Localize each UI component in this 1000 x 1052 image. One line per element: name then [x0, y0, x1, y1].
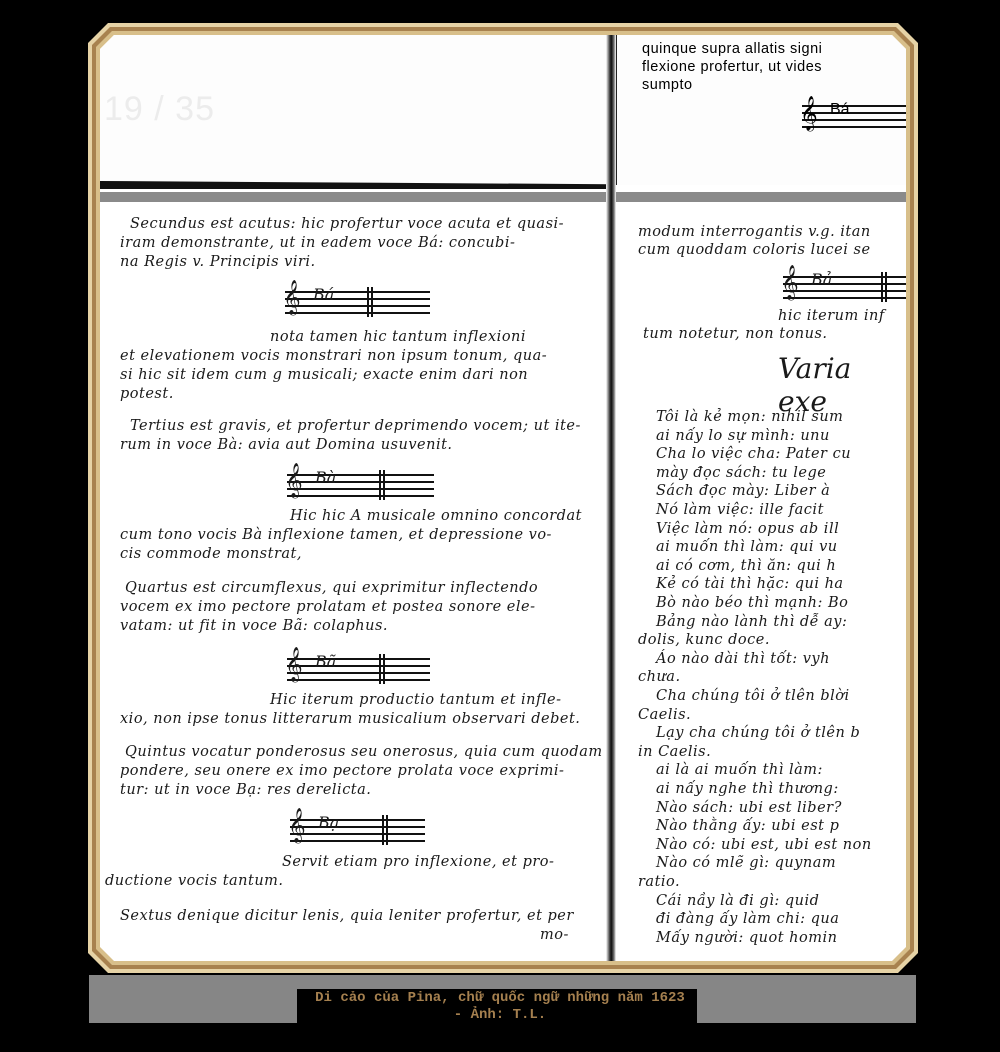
- manuscript-line: vatam: ut fit in voce Bã: colaphus.: [120, 618, 388, 634]
- manuscript-line: tur: ut in voce Bạ: res derelicta.: [120, 782, 371, 798]
- music-staff: 𝄞 Bá: [802, 103, 906, 133]
- phrase-line: Nào có mlẽ gì: quynam: [656, 855, 836, 871]
- previous-page-strip: quinque supra allatis signi flexione pro…: [100, 35, 906, 185]
- treble-clef-icon: 𝄞: [288, 811, 306, 841]
- manuscript-line: Hic iterum productio tantum et infle-: [270, 692, 562, 708]
- phrase-line: đi đàng ấy làm chi: qua: [656, 911, 839, 927]
- manuscript-line: rum in voce Bà: avia aut Domina usuvenit…: [120, 437, 453, 453]
- phrase-line: Lạy cha chúng tôi ở tlên b: [656, 725, 860, 741]
- manuscript-line: Secundus est acutus: hic profertur voce …: [130, 216, 564, 232]
- caption-line-2: - Ảnh: T.L.: [200, 1007, 800, 1024]
- manuscript-line: flexione profertur, ut vides: [642, 59, 822, 75]
- book-gutter: [606, 35, 616, 961]
- phrase-line: chưa.: [638, 669, 681, 685]
- phrase-line: Cha chúng tôi ở tlên blời: [656, 688, 850, 704]
- phrase-line: Tôi là kẻ mọn: nihil sum: [656, 409, 843, 425]
- manuscript-line: cis commode monstrat,: [120, 546, 302, 562]
- phrase-line: Mấy người: quot homin: [656, 930, 837, 946]
- manuscript-line: hic iterum inf: [778, 308, 885, 324]
- phrase-line: Bò nào béo thì mạnh: Bo: [656, 595, 848, 611]
- phrase-line: ratio.: [638, 874, 680, 890]
- manuscript-line: Tertius est gravis, et profertur deprime…: [130, 418, 581, 434]
- manuscript-line: sumpto: [642, 77, 693, 93]
- phrase-line: Sách đọc mày: Liber à: [656, 483, 830, 499]
- manuscript-line: xio, non ipse tonus litterarum musicaliu…: [120, 711, 580, 727]
- manuscript-line: mo-: [540, 927, 569, 943]
- manuscript-line: pondere, seu onere ex imo pectore prolat…: [120, 763, 564, 779]
- music-staff: 𝄞 Bạ: [290, 815, 425, 845]
- phrase-line: ai có cơm, thì ăn: qui h: [656, 558, 836, 574]
- photo-frame: quinque supra allatis signi flexione pro…: [88, 23, 918, 973]
- manuscript-line: et elevationem vocis monstrari non ipsum…: [120, 348, 547, 364]
- manuscript-line: iram demonstrante, ut in eadem voce Bá: …: [120, 235, 515, 251]
- phrase-line: Bảng nào lành thì dễ ay:: [656, 614, 847, 630]
- phrase-line: Caelis.: [638, 707, 691, 723]
- caption-line-1: Di cảo của Pina, chữ quốc ngữ những năm …: [200, 990, 800, 1007]
- treble-clef-icon: 𝄞: [285, 650, 303, 680]
- phrase-line: in Caelis.: [638, 744, 711, 760]
- treble-clef-icon: 𝄞: [781, 268, 799, 298]
- phrase-line: Cái nầy là đi gì: quid: [656, 893, 819, 909]
- phrase-line: Nó làm việc: ille facit: [656, 502, 824, 518]
- treble-clef-icon: 𝄞: [800, 99, 818, 129]
- slide-counter: 19 / 35: [104, 90, 215, 129]
- manuscript-line: tum notetur, non tonus.: [643, 326, 828, 342]
- manuscript-line: si hic sit idem cum g musicali; exacte e…: [120, 367, 528, 383]
- manuscript-line: nota tamen hic tantum inflexioni: [270, 329, 526, 345]
- phrase-line: ai nấy lo sự mình: unu: [656, 428, 830, 444]
- page-separator: [100, 192, 906, 202]
- phrase-line: Áo nào dài thì tốt: vyh: [656, 651, 830, 667]
- treble-clef-icon: 𝄞: [285, 466, 303, 496]
- phrase-line: ai muốn thì làm: qui vu: [656, 539, 838, 555]
- manuscript-line: cum quoddam coloris lucei se: [638, 242, 871, 258]
- manuscript-line: potest.: [120, 386, 174, 402]
- manuscript-line: cum tono vocis Bà inflexione tamen, et d…: [120, 527, 552, 543]
- manuscript-line: vocem ex imo pectore prolatam et postea …: [120, 599, 536, 615]
- manuscript-line: Sextus denique dicitur lenis, quia lenit…: [120, 908, 574, 924]
- phrase-line: Cha lo việc cha: Pater cu: [656, 446, 851, 462]
- phrase-line: Nào sách: ubi est liber?: [656, 800, 842, 816]
- photo-caption: Di cảo của Pina, chữ quốc ngữ những năm …: [200, 990, 800, 1024]
- manuscript-photo[interactable]: quinque supra allatis signi flexione pro…: [100, 35, 906, 961]
- phrase-line: Nào có: ubi est, ubi est non: [656, 837, 872, 853]
- manuscript-line: quinque supra allatis signi: [642, 41, 822, 57]
- manuscript-line: na Regis v. Principis viri.: [120, 254, 316, 270]
- music-staff: 𝄞 Bà: [287, 470, 434, 500]
- phrase-line: ai nấy nghe thì thương:: [656, 781, 839, 797]
- phrase-line: Kẻ có tài thì hặc: qui ha: [656, 576, 844, 592]
- phrase-line: mày đọc sách: tu lege: [656, 465, 826, 481]
- manuscript-line: Quintus vocatur ponderosus seu onerosus,…: [125, 744, 603, 760]
- manuscript-line: ductione vocis tantum.: [105, 873, 284, 889]
- phrase-line: Việc làm nó: opus ab ill: [656, 521, 839, 537]
- manuscript-line: Servit etiam pro inflexione, et pro-: [282, 854, 554, 870]
- phrase-line: dolis, kunc doce.: [638, 632, 770, 648]
- right-page: modum interrogantis v.g. itan cum quodda…: [618, 202, 906, 961]
- music-staff: 𝄞 Bá: [285, 287, 430, 317]
- phrase-line: Nào thằng ấy: ubi est p: [656, 818, 839, 834]
- manuscript-line: Quartus est circumflexus, qui exprimitur…: [125, 580, 538, 596]
- phrase-line: ai là ai muốn thì làm:: [656, 762, 823, 778]
- manuscript-line: Hic hic A musicale omnino concordat: [290, 508, 582, 524]
- music-staff: 𝄞 Bã: [287, 654, 430, 684]
- treble-clef-icon: 𝄞: [283, 283, 301, 313]
- manuscript-line: modum interrogantis v.g. itan: [638, 224, 871, 240]
- left-page: Secundus est acutus: hic profertur voce …: [100, 202, 605, 961]
- music-staff: 𝄞 Bả: [783, 272, 906, 302]
